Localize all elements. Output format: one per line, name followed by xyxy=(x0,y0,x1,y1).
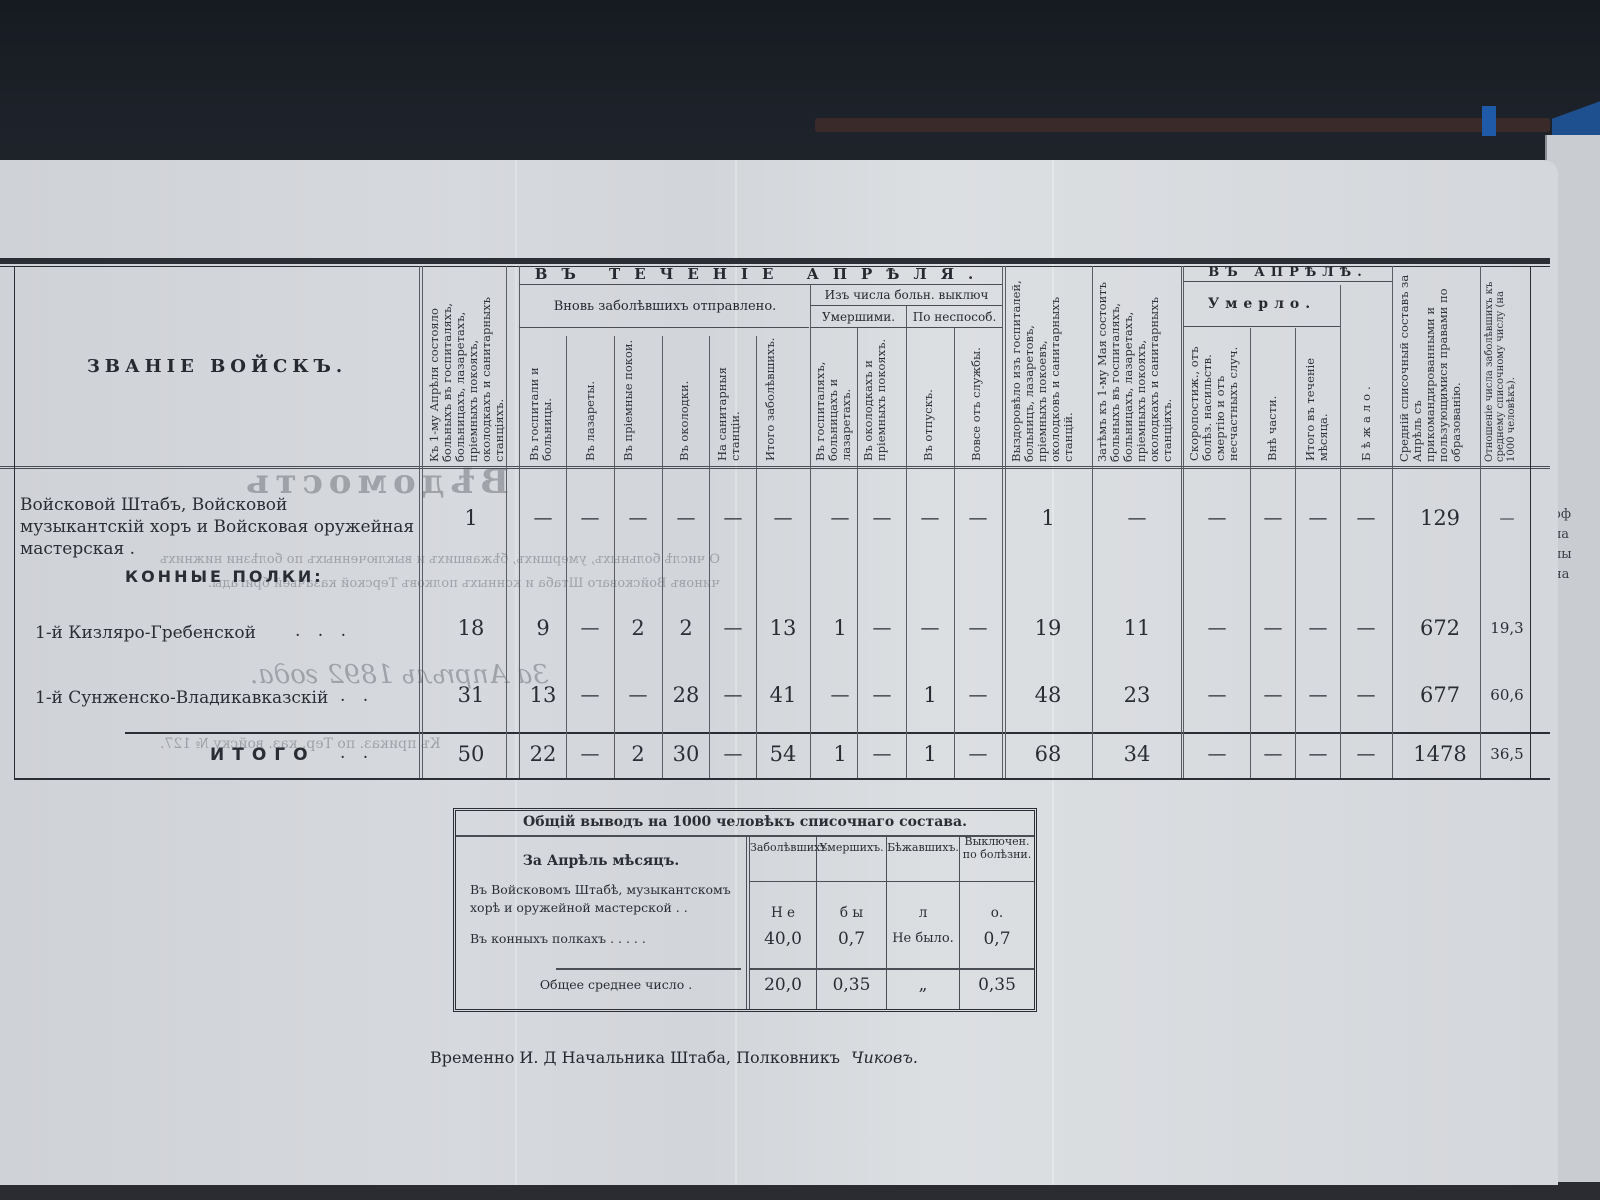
header-col: На санитарныя станціи. xyxy=(716,336,748,461)
header-recovered: Выздоровѣло изъ госпиталей, больницъ, ла… xyxy=(1010,272,1088,462)
summary-cell: 0,7 xyxy=(817,929,886,949)
header-died: Умершими. xyxy=(811,306,906,327)
table-cell: 50 xyxy=(441,740,501,768)
signature-name: Чиковъ. xyxy=(851,1048,918,1067)
table-cell: — xyxy=(1107,504,1167,532)
table-cell: 129 xyxy=(1410,504,1470,532)
header-bottom-rule xyxy=(0,468,1550,469)
col-line xyxy=(1250,328,1251,778)
rule xyxy=(749,968,1034,970)
column-title-text: ЗВАНІЕ ВОЙСКЪ. xyxy=(87,356,347,377)
header-col: Въ отпускъ. xyxy=(922,336,940,461)
table-cell: 19,3 xyxy=(1477,614,1537,642)
summary-total-label: Общее среднее число . xyxy=(486,977,746,992)
table-cell: 36,5 xyxy=(1477,740,1537,768)
header-col: Въ лазареты. xyxy=(584,336,602,461)
summary-cell: Н е xyxy=(750,905,816,921)
col-line xyxy=(1181,266,1182,778)
rule xyxy=(746,837,747,1009)
table-cell: — xyxy=(1187,740,1247,768)
table-cell: 1478 xyxy=(1410,740,1470,768)
col-line xyxy=(566,336,567,778)
table-cell: 1 xyxy=(441,504,501,532)
rule xyxy=(556,968,741,970)
table-cell: — xyxy=(1187,504,1247,532)
summary-title: Общій выводъ на 1000 человѣкъ списочнаго… xyxy=(456,814,1034,830)
col-line xyxy=(422,266,423,778)
summary-row-staff-label: Въ Войсковомъ Штабѣ, музыкантскомъ хорѣ … xyxy=(470,881,740,917)
summary-period: За Апрѣль мѣсяцъ. xyxy=(456,853,746,869)
table-cell: 672 xyxy=(1410,614,1470,642)
summary-cell: 0,35 xyxy=(817,975,886,995)
header-col: Итого заболѣвшихъ. xyxy=(764,336,796,461)
summary-col-excluded: Выключен. по болѣзни. xyxy=(960,835,1034,861)
header-unfit: По неспособ. xyxy=(907,306,1002,327)
header-initial: Къ 1-му Апрѣля состояло больныхъ въ госп… xyxy=(428,272,503,462)
summary-cell: Не было. xyxy=(887,931,959,946)
header-col: Скоропостиж., отъ болѣз. насильств. смер… xyxy=(1188,336,1246,461)
row-label-total: ИТОГО xyxy=(210,744,316,766)
header-col: Въ пріемные покои. xyxy=(622,336,654,461)
book-spine-edge xyxy=(815,118,1550,132)
summary-cell: 0,35 xyxy=(960,975,1034,995)
header-remaining: Затѣмъ къ 1-му Мая состоитъ больныхъ въ … xyxy=(1096,272,1178,462)
table-cell: — xyxy=(1336,740,1396,768)
row-label-sunzha: 1-й Сунженско-Владикавказскій xyxy=(35,687,328,709)
leader-dots: . . xyxy=(340,742,374,764)
table-cell: — xyxy=(753,504,813,532)
group-rule xyxy=(519,327,809,328)
table-cell: 54 xyxy=(753,740,813,768)
col-line xyxy=(1092,266,1093,778)
table-cell: 13 xyxy=(753,614,813,642)
col-line xyxy=(614,336,615,778)
table-cell: — xyxy=(1336,504,1396,532)
table-cell: 48 xyxy=(1018,681,1078,709)
header-col: Въ околодки. xyxy=(678,336,696,461)
table-cell: 34 xyxy=(1107,740,1167,768)
header-col: Въ госпитали и больницы. xyxy=(528,336,560,461)
table-cell: — xyxy=(948,681,1008,709)
table-cell: — xyxy=(1187,681,1247,709)
summary-cell: о. xyxy=(960,905,1034,921)
summary-cell: „ xyxy=(887,975,959,995)
col-line xyxy=(662,336,663,778)
section-label-cavalry: КОННЫЕ ПОЛКИ: xyxy=(125,566,324,588)
column-title: ЗВАНІЕ ВОЙСКЪ. xyxy=(15,266,419,466)
table-cell: 23 xyxy=(1107,681,1167,709)
row-label-kizlyar: 1-й Кизляро-Гребенской xyxy=(35,622,256,644)
blue-tape xyxy=(1482,106,1496,136)
leader-dots: . . xyxy=(340,685,374,707)
header-col: Вовсе отъ службы. xyxy=(970,336,988,461)
summary-cell: 20,0 xyxy=(750,975,816,995)
summary-table: Общій выводъ на 1000 человѣкъ списочнаго… xyxy=(453,808,1037,1012)
header-col: Внѣ части. xyxy=(1266,336,1284,461)
table-cell: 31 xyxy=(441,681,501,709)
rule xyxy=(749,881,1034,882)
table-cell: 41 xyxy=(753,681,813,709)
summary-cell: 0,7 xyxy=(960,929,1034,949)
col-line xyxy=(506,266,507,778)
col-line xyxy=(419,266,420,778)
header-newly-sick: Вновь заболѣвшихъ отправлено. xyxy=(520,285,810,327)
header-deserted: Бѣжало. xyxy=(1360,336,1378,461)
header-died-april: Умерло. xyxy=(1184,282,1340,326)
signature-line: Временно И. Д Начальника Штаба, Полковни… xyxy=(430,1048,918,1067)
table-cell: 60,6 xyxy=(1477,681,1537,709)
table-cell: — xyxy=(948,740,1008,768)
total-rule-left xyxy=(125,732,420,734)
header-in-april: ВЪ АПРѢЛѢ. xyxy=(1184,264,1392,281)
show-through-date: За Апрѣль 1892 года. xyxy=(250,660,548,690)
table-cell: — xyxy=(1336,614,1396,642)
col-line xyxy=(756,336,757,778)
table-cell: 18 xyxy=(441,614,501,642)
rule xyxy=(456,835,1034,837)
table-cell: 1 xyxy=(1018,504,1078,532)
header-bottom-rule xyxy=(0,466,1550,467)
table-bottom-rule xyxy=(14,778,1550,780)
col-line xyxy=(1183,266,1184,778)
summary-row-cavalry-label: Въ конныхъ полкахъ . . . . . xyxy=(470,931,740,946)
table-cell: 68 xyxy=(1018,740,1078,768)
header-ratio: Отношеніе числа заболѣвшихъ къ среднему … xyxy=(1484,272,1528,462)
header-excluded: Изъ числа больн. выключ xyxy=(811,285,1002,305)
row-label-text: Войсковой Штабъ, Войсковой музыкантскій … xyxy=(20,495,414,559)
table-cell: — xyxy=(1477,504,1537,532)
header-during-april: ВЪ ТЕЧЕНІЕ АПРѢЛЯ. xyxy=(520,264,1002,284)
row-label-staff: Войсковой Штабъ, Войсковой музыкантскій … xyxy=(20,494,415,560)
summary-col-deserted: Бѣжавшихъ. xyxy=(887,841,959,854)
summary-col-died: Умершихъ. xyxy=(817,841,886,854)
table-cell: 677 xyxy=(1410,681,1470,709)
summary-cell: 40,0 xyxy=(750,929,816,949)
leader-dots: . . . xyxy=(295,620,352,642)
summary-cell: б ы xyxy=(817,905,886,921)
signature-title: Временно И. Д Начальника Штаба, Полковни… xyxy=(430,1048,840,1067)
group-rule xyxy=(1183,326,1340,327)
group-rule xyxy=(810,327,1002,328)
col-line xyxy=(1295,328,1296,778)
table-cell: — xyxy=(948,614,1008,642)
table-cell: 11 xyxy=(1107,614,1167,642)
col-line xyxy=(954,328,955,778)
header-col: Въ околодкахъ и пріемныхъ покояхъ. xyxy=(862,336,902,461)
col-line xyxy=(709,336,710,778)
table-cell: — xyxy=(948,504,1008,532)
table-cell: — xyxy=(1336,681,1396,709)
col-line xyxy=(857,328,858,778)
header-avg-strength: Средній списочный составъ за Апрѣль съ п… xyxy=(1398,272,1476,462)
header-col: Итого въ теченіе мѣсяца. xyxy=(1304,336,1336,461)
table-cell: 19 xyxy=(1018,614,1078,642)
summary-cell: л xyxy=(887,905,959,921)
table-cell: — xyxy=(1187,614,1247,642)
header-col: Въ госпиталяхъ, больницахъ и лазаретахъ. xyxy=(814,336,854,461)
summary-col-sick: Заболѣвшихъ. xyxy=(750,841,816,854)
total-rule xyxy=(420,732,1550,734)
